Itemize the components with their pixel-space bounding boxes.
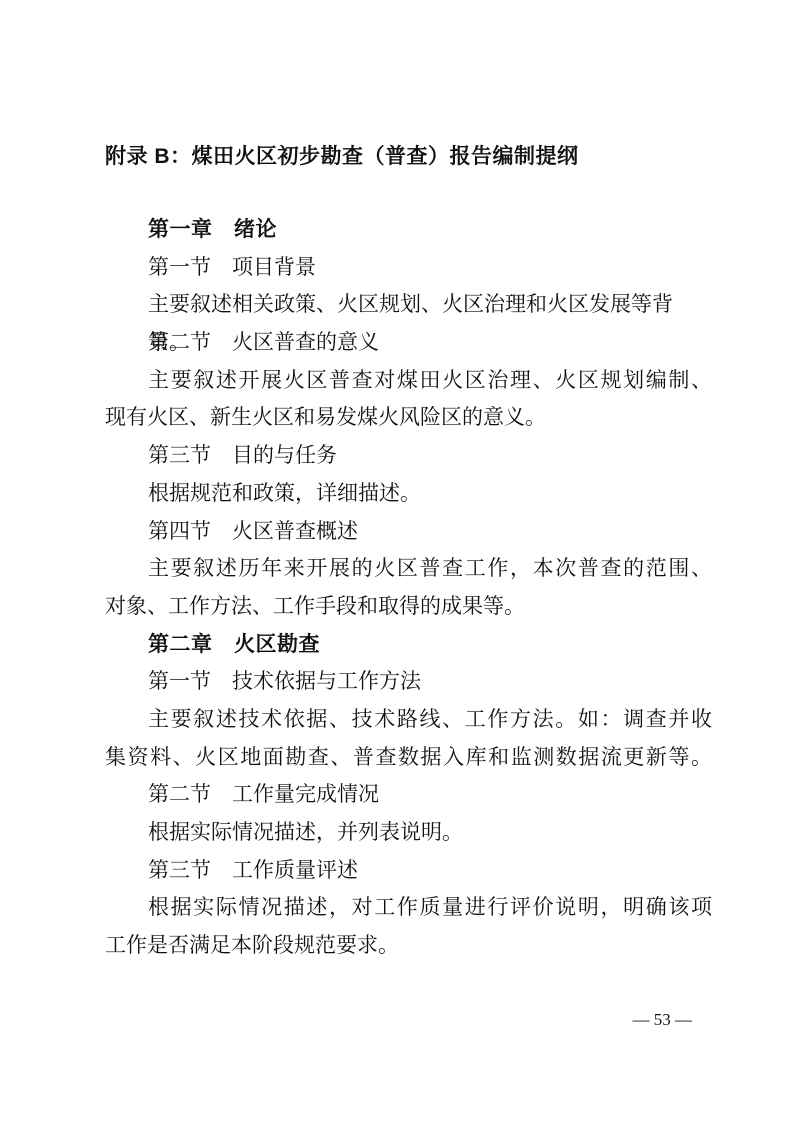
document-body: 附录 B：煤田火区初步勘查（普查）报告编制提纲 第一章 绪论第一节 项目背景主要… (105, 142, 712, 965)
section-1-2-heading: 第二节 火区普查的意义 (105, 324, 712, 362)
body-line: 对象、工作方法、工作手段和取得的成果等。 (105, 588, 712, 626)
section-1-4-heading: 第四节 火区普查概述 (105, 513, 712, 551)
document-page: 附录 B：煤田火区初步勘查（普查）报告编制提纲 第一章 绪论第一节 项目背景主要… (0, 0, 793, 1122)
body-line: 工作是否满足本阶段规范要求。 (105, 927, 712, 965)
chapter-1-heading: 第一章 绪论 (105, 211, 712, 249)
body-line: 现有火区、新生火区和易发煤火风险区的意义。 (105, 399, 712, 437)
section-2-3-heading: 第三节 工作质量评述 (105, 852, 712, 890)
body-line: 根据规范和政策，详细描述。 (105, 475, 712, 513)
body-line: 主要叙述技术依据、技术路线、工作方法。如：调查并收 (105, 701, 712, 739)
body-line: 主要叙述历年来开展的火区普查工作，本次普查的范围、 (105, 550, 712, 588)
section-1-3-heading: 第三节 目的与任务 (105, 437, 712, 475)
chapter-2-heading: 第二章 火区勘查 (105, 626, 712, 664)
body-line: 主要叙述相关政策、火区规划、火区治理和火区发展等背景。 (105, 286, 712, 324)
page-number: — 53 — (633, 1010, 693, 1030)
section-2-2-heading: 第二节 工作量完成情况 (105, 776, 712, 814)
outline-lines: 第一章 绪论第一节 项目背景主要叙述相关政策、火区规划、火区治理和火区发展等背景… (105, 211, 712, 965)
body-line: 主要叙述开展火区普查对煤田火区治理、火区规划编制、 (105, 362, 712, 400)
section-2-1-heading: 第一节 技术依据与工作方法 (105, 663, 712, 701)
body-line: 根据实际情况描述，并列表说明。 (105, 814, 712, 852)
section-1-1-heading: 第一节 项目背景 (105, 249, 712, 287)
body-line: 根据实际情况描述，对工作质量进行评价说明，明确该项 (105, 889, 712, 927)
body-line: 集资料、火区地面勘查、普查数据入库和监测数据流更新等。 (105, 739, 712, 777)
appendix-title: 附录 B：煤田火区初步勘查（普查）报告编制提纲 (105, 142, 712, 172)
